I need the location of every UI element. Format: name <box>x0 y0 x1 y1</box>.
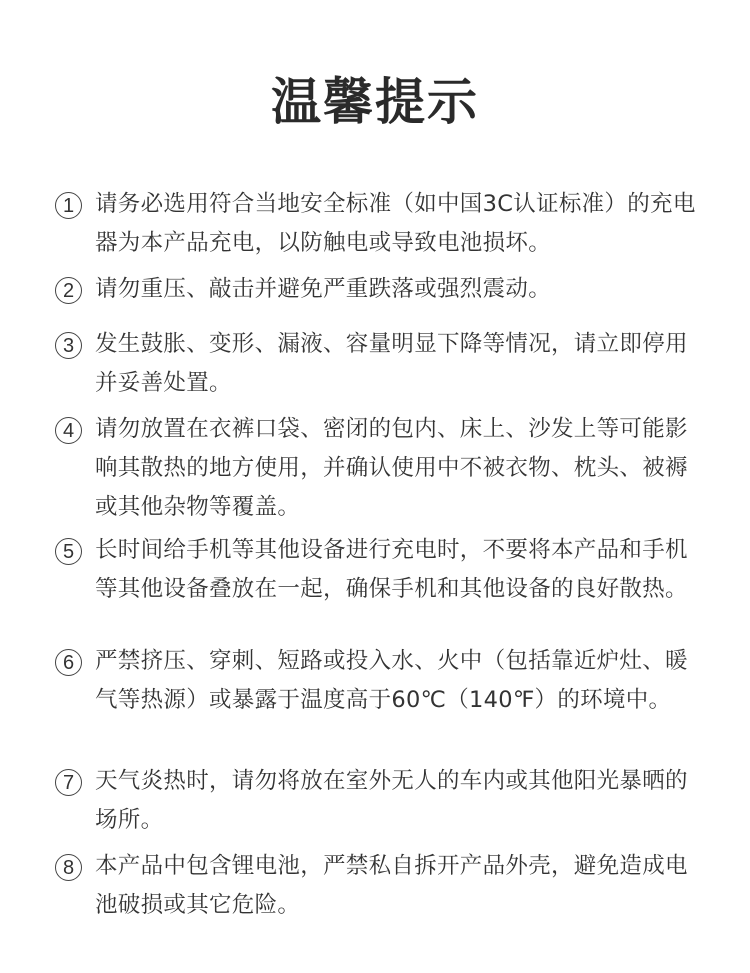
notice-item-8: 8 本产品中包含锂电池，严禁私自拆开产品外壳，避免造成电池破损或其它危险。 <box>55 850 705 925</box>
circled-number-icon: 4 <box>55 417 82 444</box>
circled-number-icon: 3 <box>55 332 82 359</box>
notice-text: 请勿重压、敲击并避免严重跌落或强烈震动。 <box>95 270 705 309</box>
notice-text: 长时间给手机等其他设备进行充电时，不要将本产品和手机等其他设备叠放在一起，确保手… <box>95 531 705 609</box>
notice-text: 请务必选用符合当地安全标准（如中国3C认证标准）的充电器为本产品充电，以防触电或… <box>95 185 705 263</box>
notice-text: 请勿放置在衣裤口袋、密闭的包内、床上、沙发上等可能影响其散热的地方使用，并确认使… <box>95 410 705 527</box>
circled-number-icon: 6 <box>55 649 82 676</box>
circled-number-icon: 2 <box>55 277 82 304</box>
circled-number-icon: 7 <box>55 769 82 796</box>
notice-item-5: 5 长时间给手机等其他设备进行充电时，不要将本产品和手机等其他设备叠放在一起，确… <box>55 534 705 609</box>
notice-item-7: 7 天气炎热时，请勿将放在室外无人的车内或其他阳光暴晒的场所。 <box>55 765 705 840</box>
notice-item-3: 3 发生鼓胀、变形、漏液、容量明显下降等情况，请立即停用并妥善处置。 <box>55 328 705 403</box>
notice-text: 发生鼓胀、变形、漏液、容量明显下降等情况，请立即停用并妥善处置。 <box>95 325 705 403</box>
notice-item-1: 1 请务必选用符合当地安全标准（如中国3C认证标准）的充电器为本产品充电，以防触… <box>55 188 705 263</box>
notice-item-4: 4 请勿放置在衣裤口袋、密闭的包内、床上、沙发上等可能影响其散热的地方使用，并确… <box>55 413 705 527</box>
circled-number-icon: 5 <box>55 538 82 565</box>
circled-number-icon: 1 <box>55 192 82 219</box>
circled-number-icon: 8 <box>55 854 82 881</box>
page-title: 温馨提示 <box>0 62 750 142</box>
notice-item-2: 2 请勿重压、敲击并避免严重跌落或强烈震动。 <box>55 273 705 309</box>
notice-text: 本产品中包含锂电池，严禁私自拆开产品外壳，避免造成电池破损或其它危险。 <box>95 847 705 925</box>
notice-text: 天气炎热时，请勿将放在室外无人的车内或其他阳光暴晒的场所。 <box>95 762 705 840</box>
notice-item-6: 6 严禁挤压、穿刺、短路或投入水、火中（包括靠近炉灶、暖气等热源）或暴露于温度高… <box>55 645 705 720</box>
notice-text: 严禁挤压、穿刺、短路或投入水、火中（包括靠近炉灶、暖气等热源）或暴露于温度高于6… <box>95 642 705 720</box>
